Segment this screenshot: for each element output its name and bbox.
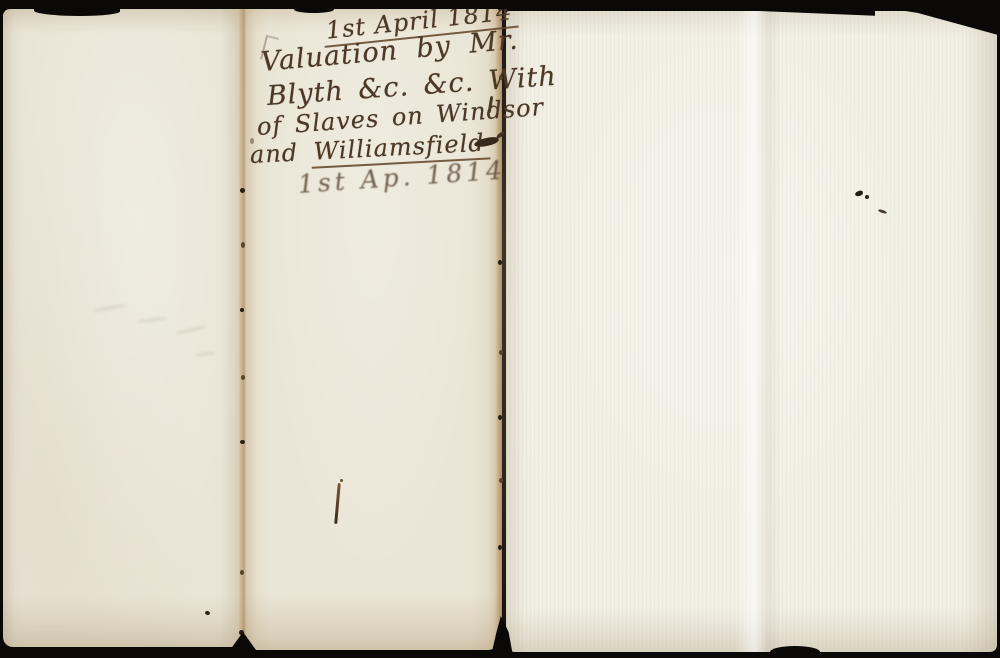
ink-speck — [340, 479, 343, 482]
stitch-hole — [499, 350, 503, 355]
stitch-hole — [240, 308, 244, 312]
stitch-hole — [499, 478, 503, 483]
paper-panel-right — [506, 11, 997, 652]
ink-speck — [250, 138, 254, 144]
manuscript-scan: 1st April 1814 Valuation by Mr. Blyth &c… — [0, 0, 1000, 658]
ink-speck — [865, 195, 869, 199]
stitch-hole — [241, 375, 245, 380]
stitch-hole — [240, 440, 245, 444]
torn-edge-bottom — [770, 646, 820, 658]
torn-edge-notch — [294, 6, 334, 13]
stitch-hole — [498, 545, 502, 550]
stitch-hole — [240, 570, 244, 575]
stitch-hole — [498, 415, 502, 420]
stitch-hole — [240, 188, 245, 193]
inscription-line-5-prefix: and — [249, 138, 311, 169]
stitch-hole — [241, 242, 245, 248]
paper-panel-left — [3, 9, 243, 647]
stitched-crease — [239, 9, 246, 647]
stitch-hole — [498, 260, 502, 265]
